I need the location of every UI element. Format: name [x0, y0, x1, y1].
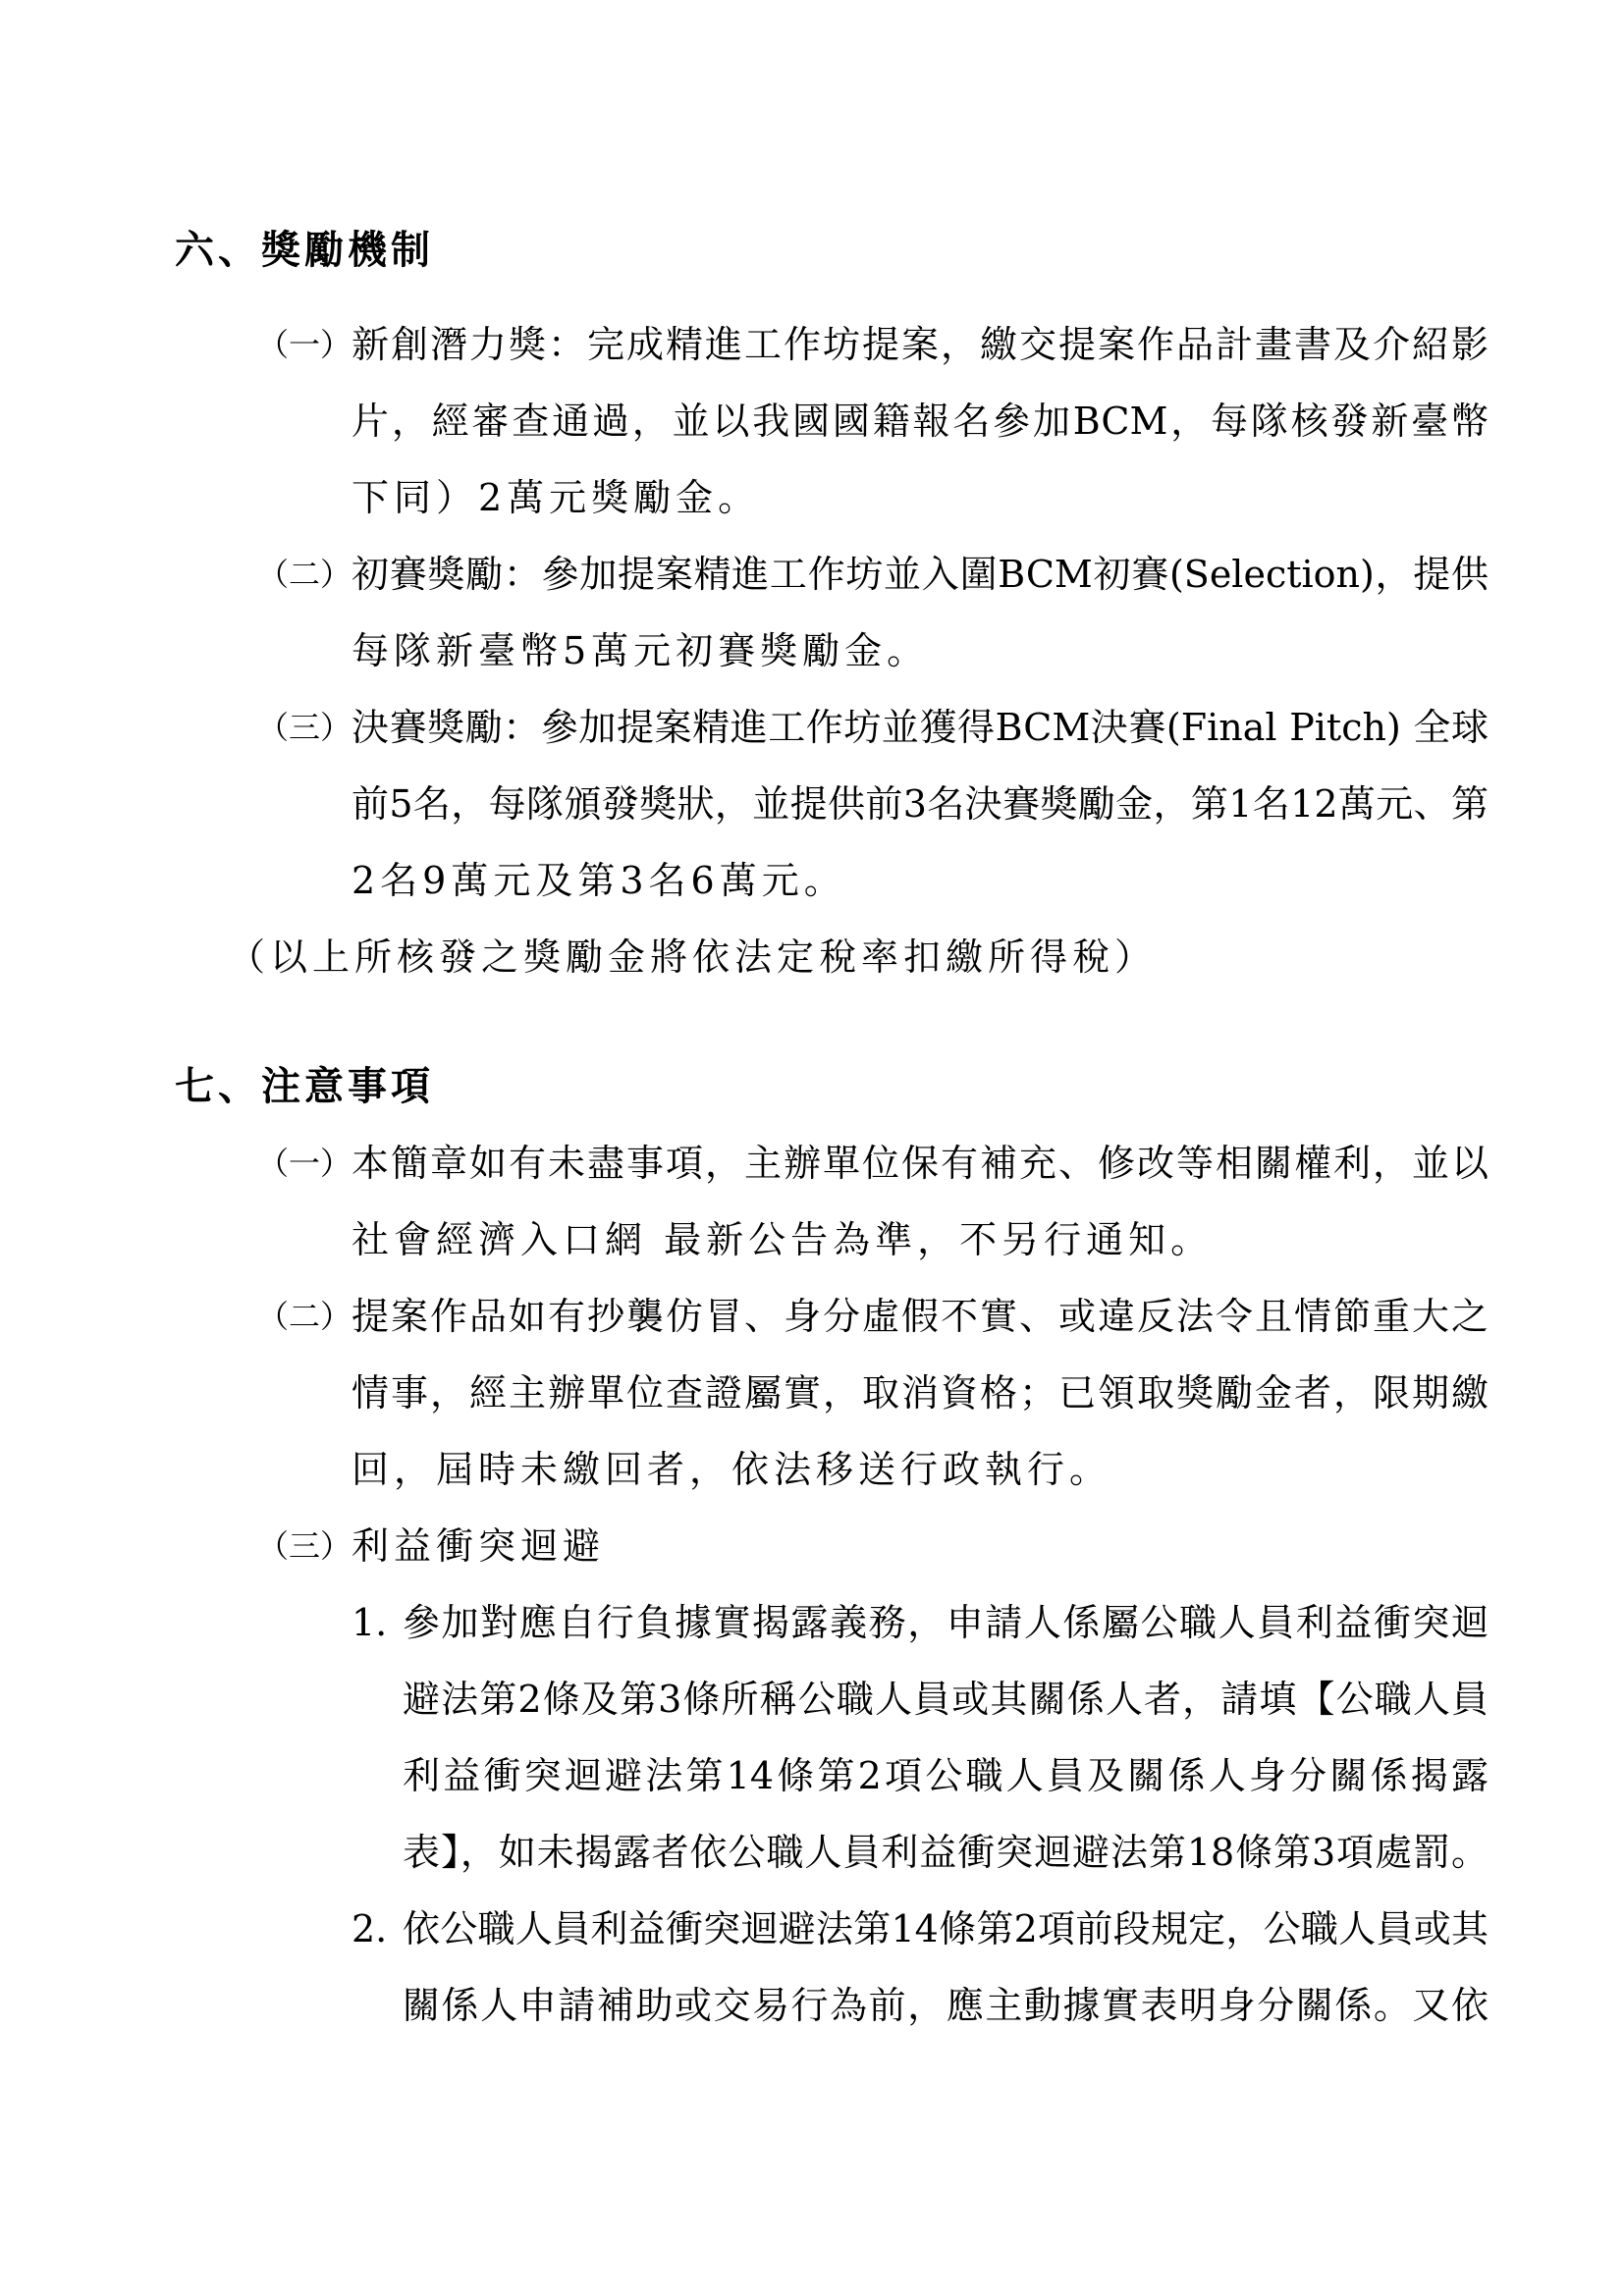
text-line: 每隊新臺幣5萬元初賽獎勵金。: [352, 613, 1489, 689]
subitem-number: 1.: [352, 1584, 403, 1661]
document-page: 六、獎勵機制 （一） 新創潛力獎：完成精進工作坊提案，繳交提案作品計畫書及介紹影…: [0, 0, 1624, 2296]
text-line: 社會經濟入口網 最新公告為準，不另行通知。: [352, 1201, 1489, 1278]
text-line: 2名9萬元及第3名6萬元。: [352, 842, 1489, 919]
text-line: 前5名，每隊頒發獎狀，並提供前3名決賽獎勵金，第1名12萬元、第: [352, 766, 1489, 842]
text-line: 依公職人員利益衝突迴避法第14條第2項前段規定，公職人員或其: [403, 1891, 1489, 1967]
subitem-number: 2.: [352, 1891, 403, 1967]
text-line: 本簡章如有未盡事項，主辦單位保有補充、修改等相關權利，並以: [352, 1125, 1489, 1201]
item-marker: （一）: [257, 1125, 352, 1201]
item-marker: （三）: [257, 689, 352, 766]
section-6-item-3: （三） 決賽獎勵：參加提案精進工作坊並獲得BCM決賽(Final Pitch) …: [257, 689, 1624, 919]
text-line: 下同）2萬元獎勵金。: [352, 459, 1489, 536]
text-line: 新創潛力獎：完成精進工作坊提案，繳交提案作品計畫書及介紹影: [352, 306, 1489, 383]
text-line: 提案作品如有抄襲仿冒、身分虛假不實、或違反法令且情節重大之: [352, 1278, 1489, 1355]
section-7-item-3: （三） 利益衝突迴避: [257, 1508, 1624, 1584]
section-7-item-1: （一） 本簡章如有未盡事項，主辦單位保有補充、修改等相關權利，並以 社會經濟入口…: [257, 1125, 1624, 1278]
text-line: 初賽獎勵：參加提案精進工作坊並入圍BCM初賽(Selection)，提供: [352, 536, 1489, 613]
text-line: 片，經審查通過，並以我國國籍報名參加BCM，每隊核發新臺幣（以: [352, 383, 1489, 459]
text-line: 關係人申請補助或交易行為前，應主動據實表明身分關係。又依: [403, 1967, 1489, 2044]
section-6-item-1: （一） 新創潛力獎：完成精進工作坊提案，繳交提案作品計畫書及介紹影 片，經審查通…: [257, 306, 1624, 536]
text-line: 情事，經主辦單位查證屬實，取消資格；已領取獎勵金者，限期繳: [352, 1355, 1489, 1431]
text-line: 利益衝突迴避: [352, 1508, 1489, 1584]
text-line: 決賽獎勵：參加提案精進工作坊並獲得BCM決賽(Final Pitch) 全球: [352, 689, 1489, 766]
conflict-subitem-2: 2. 依公職人員利益衝突迴避法第14條第2項前段規定，公職人員或其 關係人申請補…: [352, 1891, 1624, 2044]
item-marker: （一）: [257, 306, 352, 383]
text-line: 避法第2條及第3條所稱公職人員或其關係人者，請填【公職人員: [403, 1661, 1489, 1737]
text-line: 參加對應自行負據實揭露義務，申請人係屬公職人員利益衝突迴: [403, 1584, 1489, 1661]
section-6-item-2: （二） 初賽獎勵：參加提案精進工作坊並入圍BCM初賽(Selection)，提供…: [257, 536, 1624, 689]
section-7-item-2: （二） 提案作品如有抄襲仿冒、身分虛假不實、或違反法令且情節重大之 情事，經主辦…: [257, 1278, 1624, 1508]
conflict-subitem-1: 1. 參加對應自行負據實揭露義務，申請人係屬公職人員利益衝突迴 避法第2條及第3…: [352, 1584, 1624, 1891]
item-marker: （二）: [257, 536, 352, 613]
section-6-heading: 六、獎勵機制: [175, 212, 1624, 289]
text-line: 回，屆時未繳回者，依法移送行政執行。: [352, 1431, 1489, 1508]
tax-note-line: （以上所核發之獎勵金將依法定稅率扣繳所得稅）: [228, 919, 1489, 995]
section-7-heading: 七、注意事項: [175, 1048, 1624, 1125]
item-marker: （二）: [257, 1278, 352, 1355]
text-line: 利益衝突迴避法第14條第2項公職人員及關係人身分關係揭露: [403, 1737, 1489, 1814]
item-marker: （三）: [257, 1508, 352, 1584]
text-line: 表】，如未揭露者依公職人員利益衝突迴避法第18條第3項處罰。: [403, 1814, 1489, 1891]
